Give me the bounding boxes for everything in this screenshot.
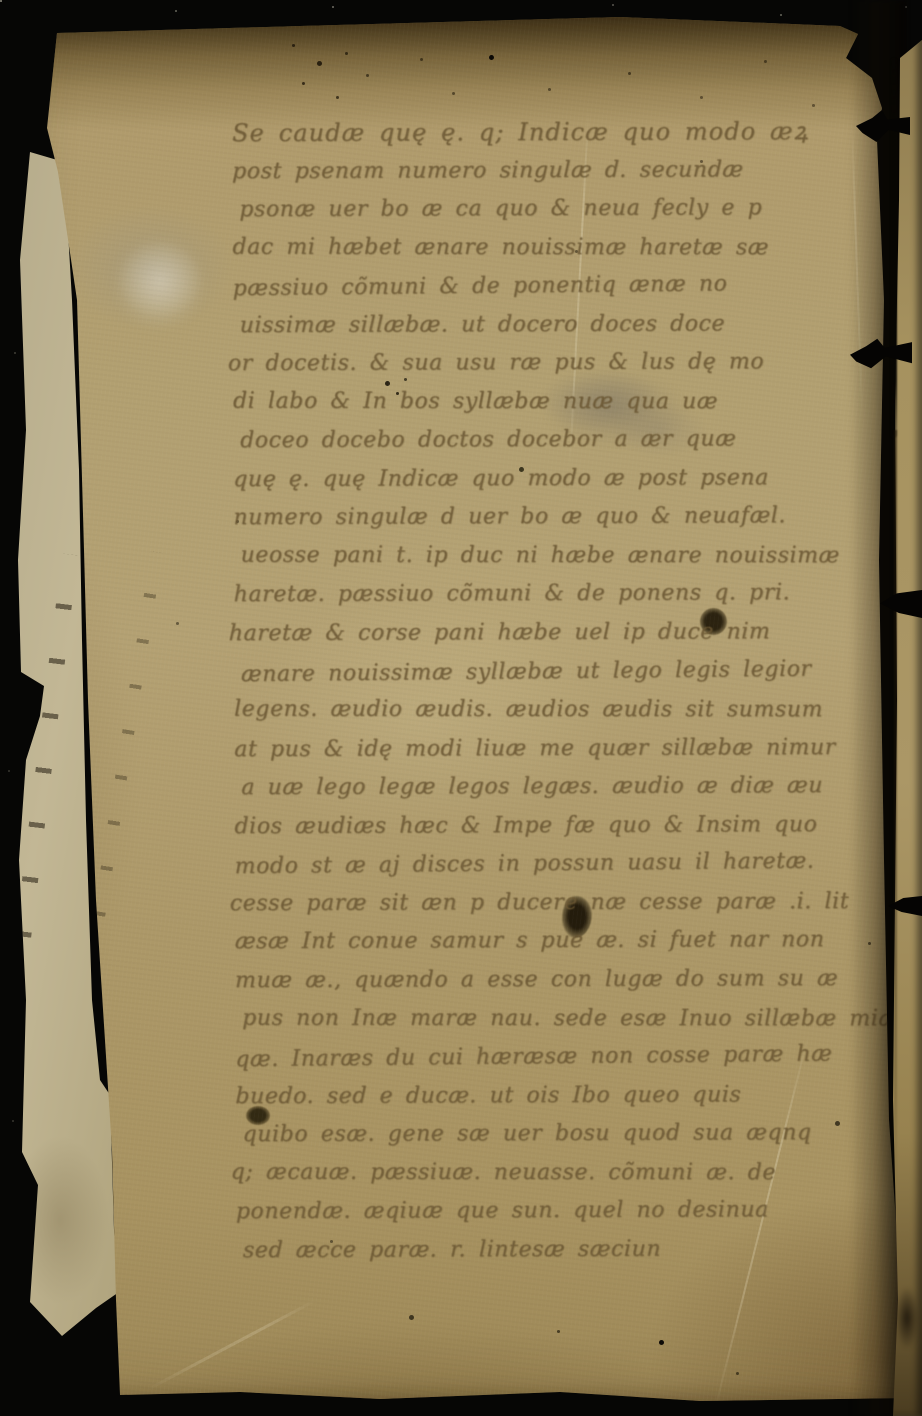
gutter-crease: [894, 430, 897, 1190]
gutter-crack: [891, 58, 897, 438]
background-dust-specks: [0, 0, 2, 2]
adjacent-leaf-dark-spot: [896, 1288, 918, 1348]
manuscript-page: Se caudæ quę ę. q; Indicæ quo modo æꝝ po…: [0, 0, 922, 1416]
manuscript-photograph: Se caudæ quę ę. q; Indicæ quo modo æꝝ po…: [0, 0, 922, 1416]
parchment-grain: [0, 0, 922, 1416]
